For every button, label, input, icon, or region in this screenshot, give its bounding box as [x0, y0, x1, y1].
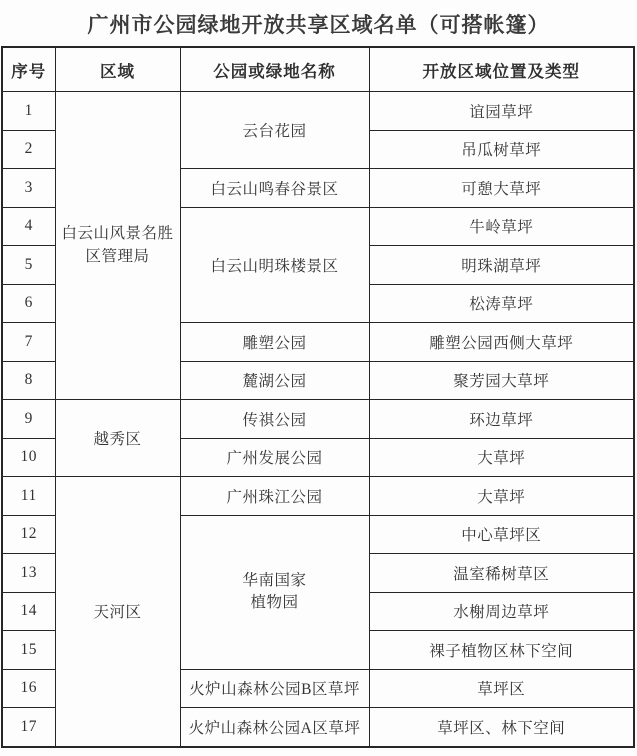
park-cell: 白云山鸣春谷景区: [180, 169, 369, 208]
area-cell: 天河区: [55, 477, 180, 747]
park-cell: 火炉山森林公园A区草坪: [180, 708, 369, 747]
park-cell: 广州发展公园: [180, 438, 369, 477]
row-number-cell: 14: [2, 592, 55, 631]
row-number-cell: 8: [2, 361, 55, 400]
spot-cell: 明珠湖草坪: [369, 246, 634, 285]
park-cell: 传祺公园: [180, 400, 369, 439]
row-number-cell: 13: [2, 554, 55, 593]
row-number-cell: 16: [2, 669, 55, 708]
park-cell: 白云山明珠楼景区: [180, 207, 369, 323]
col-header-spot: 开放区域位置及类型: [369, 47, 634, 92]
park-cell: 火炉山森林公园B区草坪: [180, 669, 369, 708]
spot-cell: 草坪区: [369, 669, 634, 708]
spot-cell: 裸子植物区林下空间: [369, 631, 634, 670]
park-cell: 广州珠江公园: [180, 477, 369, 516]
spot-cell: 温室稀树草区: [369, 554, 634, 593]
spot-cell: 吊瓜树草坪: [369, 130, 634, 169]
row-number-cell: 2: [2, 130, 55, 169]
row-number-cell: 6: [2, 284, 55, 323]
spot-cell: 聚芳园大草坪: [369, 361, 634, 400]
table-row: 1 白云山风景名胜 区管理局 云台花园 谊园草坪: [2, 92, 634, 131]
area-cell: 白云山风景名胜 区管理局: [55, 92, 180, 400]
row-number-cell: 7: [2, 323, 55, 362]
spot-cell: 大草坪: [369, 438, 634, 477]
row-number-cell: 10: [2, 438, 55, 477]
spot-cell: 中心草坪区: [369, 515, 634, 554]
area-cell: 越秀区: [55, 400, 180, 477]
spot-cell: 松涛草坪: [369, 284, 634, 323]
header-row: 序号 区域 公园或绿地名称 开放区域位置及类型: [2, 47, 634, 92]
spot-cell: 雕塑公园西侧大草坪: [369, 323, 634, 362]
row-number-cell: 11: [2, 477, 55, 516]
col-header-no: 序号: [2, 47, 55, 92]
row-number-cell: 3: [2, 169, 55, 208]
table-row: 11 天河区 广州珠江公园 大草坪: [2, 477, 634, 516]
park-cell: 雕塑公园: [180, 323, 369, 362]
row-number-cell: 5: [2, 246, 55, 285]
spot-cell: 牛岭草坪: [369, 207, 634, 246]
col-header-park: 公园或绿地名称: [180, 47, 369, 92]
row-number-cell: 15: [2, 631, 55, 670]
park-cell: 华南国家 植物园: [180, 515, 369, 669]
row-number-cell: 1: [2, 92, 55, 131]
spot-cell: 水榭周边草坪: [369, 592, 634, 631]
spot-cell: 大草坪: [369, 477, 634, 516]
row-number-cell: 9: [2, 400, 55, 439]
spot-cell: 环边草坪: [369, 400, 634, 439]
spot-cell: 可憩大草坪: [369, 169, 634, 208]
park-cell: 麓湖公园: [180, 361, 369, 400]
row-number-cell: 17: [2, 708, 55, 747]
park-cell: 云台花园: [180, 92, 369, 169]
spot-cell: 谊园草坪: [369, 92, 634, 131]
page-title: 广州市公园绿地开放共享区域名单（可搭帐篷）: [0, 0, 637, 46]
row-number-cell: 4: [2, 207, 55, 246]
parks-open-area-table: 序号 区域 公园或绿地名称 开放区域位置及类型 1 白云山风景名胜 区管理局 云…: [1, 46, 635, 748]
row-number-cell: 12: [2, 515, 55, 554]
table-row: 9 越秀区 传祺公园 环边草坪: [2, 400, 634, 439]
spot-cell: 草坪区、林下空间: [369, 708, 634, 747]
col-header-area: 区域: [55, 47, 180, 92]
